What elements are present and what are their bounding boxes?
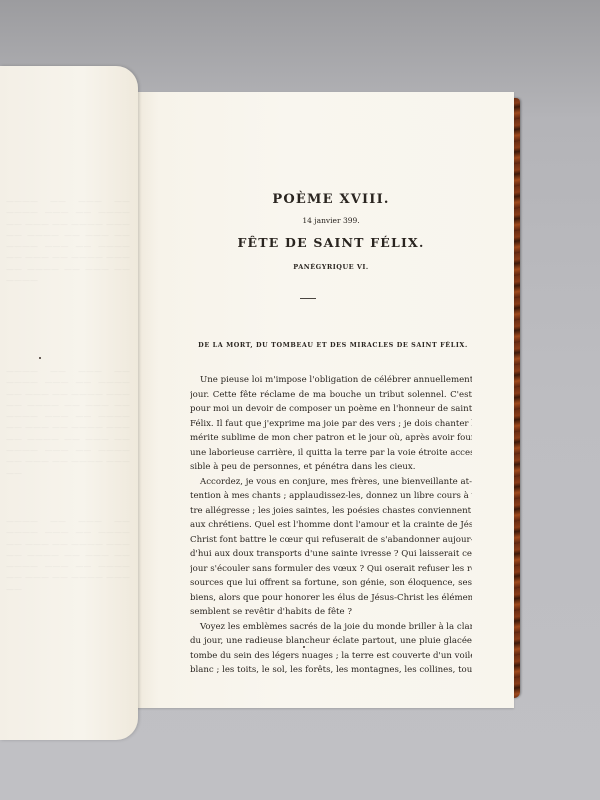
left-page-bleedthrough: ———— —— ——— —— ———— ——— —— ———— —— ——— —… [6, 366, 130, 479]
paper-speck [303, 646, 305, 648]
text-line: pour moi un devoir de composer un poème … [190, 402, 472, 417]
text-line: tention à mes chants ; applaudissez-les,… [190, 489, 472, 504]
text-line: tombe du sein des légers nuages ; la ter… [190, 649, 472, 664]
text-line: jour s'écouler sans formuler des vœux ? … [190, 562, 472, 577]
text-line: mérite sublime de mon cher patron et le … [190, 431, 472, 446]
text-line: jour. Cette fête réclame de ma bouche un… [190, 388, 472, 403]
text-line: Accordez, je vous en conjure, mes frères… [190, 475, 472, 490]
text-line: du jour, une radieuse blancheur éclate p… [190, 634, 472, 649]
text-line: Voyez les emblèmes sacrés de la joie du … [190, 620, 472, 635]
text-line: sources que lui offrent sa fortune, son … [190, 576, 472, 591]
text-line: semblent se revêtir d'habits de fête ? [190, 605, 472, 620]
poem-genre: PANÉGYRIQUE VI. [190, 263, 472, 271]
poem-subtitle: FÊTE DE SAINT FÉLIX. [190, 235, 472, 250]
left-page: ———— —— ——— —— ———— ——— —— ———— —— ——— —… [0, 66, 138, 740]
text-line: Félix. Il faut que j'exprime ma joie par… [190, 417, 472, 432]
left-page-bleedthrough: ———— —— ——— —— ———— ——— —— ———— —— ——— —… [6, 196, 130, 286]
text-line: aux chrétiens. Quel est l'homme dont l'a… [190, 518, 472, 533]
text-line: biens, alors que pour honorer les élus d… [190, 591, 472, 606]
poem-date: 14 janvier 399. [190, 216, 472, 225]
text-line: blanc ; les toits, le sol, les forêts, l… [190, 663, 472, 678]
text-line: sible à peu de personnes, et pénétra dan… [190, 460, 472, 475]
paper-speck [39, 357, 41, 359]
body-text: Une pieuse loi m'impose l'obligation de … [190, 373, 472, 678]
separator-rule [300, 298, 316, 299]
left-page-bleedthrough: ———— —— ——— —— ———— ——— —— ———— —— ——— —… [6, 516, 130, 595]
text-line: une laborieuse carrière, il quitta la te… [190, 446, 472, 461]
section-heading: DE LA MORT, DU TOMBEAU ET DES MIRACLES D… [190, 341, 476, 349]
text-line: tre allégresse ; les joies saintes, les … [190, 504, 472, 519]
text-line: Christ font battre le cœur qui refuserai… [190, 533, 472, 548]
poem-title: POÈME XVIII. [190, 192, 472, 207]
text-line: Une pieuse loi m'impose l'obligation de … [190, 373, 472, 388]
text-line: d'hui aux doux transports d'une sainte i… [190, 547, 472, 562]
